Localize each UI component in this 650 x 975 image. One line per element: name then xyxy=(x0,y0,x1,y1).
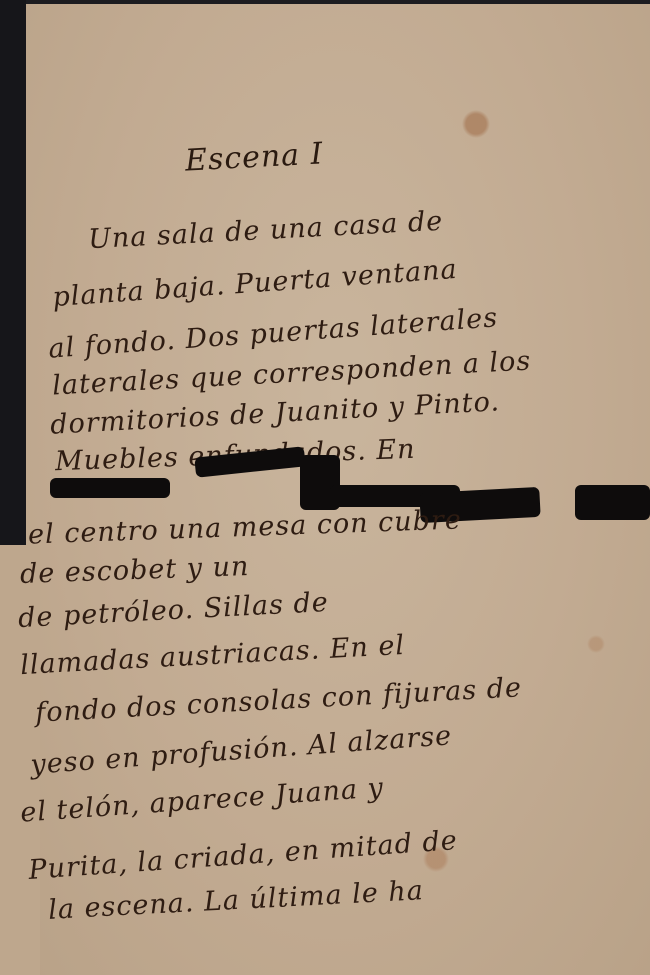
ink-redaction xyxy=(50,478,170,498)
dark-backing-left xyxy=(0,0,26,545)
ink-redaction xyxy=(575,485,650,520)
scene-heading: Escena I xyxy=(184,136,324,178)
